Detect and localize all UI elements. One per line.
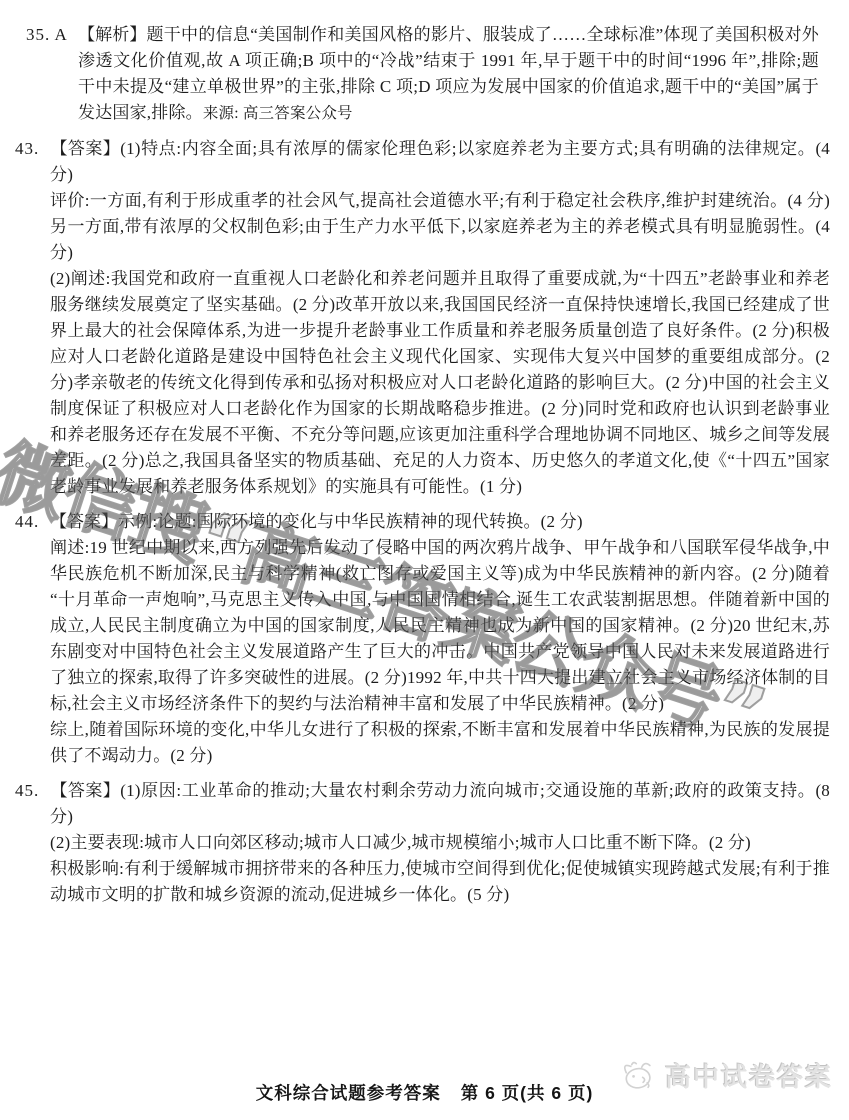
- answer-text: (1)原因:工业革命的推动;大量农村剩余劳动力流向城市;交通设施的革新;政府的政…: [50, 781, 830, 826]
- answer-text: (1)特点:内容全面;具有浓厚的儒家伦理色彩;以家庭养老为主要方式;具有明确的法…: [50, 139, 830, 184]
- question-number: 43.: [15, 136, 50, 162]
- document-page: 35. A【解析】题干中的信息“美国制作和美国风格的影片、服装成了……全球标准”…: [0, 0, 849, 1120]
- footer-document-title: 文科综合试题参考答案: [256, 1080, 441, 1105]
- answer-paragraph: 阐述:19 世纪中期以来,西方列强先后发动了侵略中国的两次鸦片战争、甲午战争和八…: [50, 535, 830, 717]
- answer-paragraph: 44.【答案】示例:论题:国际环境的变化与中华民族精神的现代转换。(2 分): [50, 509, 830, 535]
- answer-paragraph: 45.【答案】(1)原因:工业革命的推动;大量农村剩余劳动力流向城市;交通设施的…: [50, 778, 830, 830]
- analysis-text: 题干中的信息“美国制作和美国风格的影片、服装成了……全球标准”体现了美国积极对外…: [78, 25, 819, 122]
- question-number: 45.: [15, 778, 50, 804]
- answer-item-45: 45.【答案】(1)原因:工业革命的推动;大量农村剩余劳动力流向城市;交通设施的…: [15, 778, 830, 908]
- answer-paragraph: 35. A【解析】题干中的信息“美国制作和美国风格的影片、服装成了……全球标准”…: [78, 22, 819, 127]
- answer-key-content: 35. A【解析】题干中的信息“美国制作和美国风格的影片、服装成了……全球标准”…: [15, 22, 830, 917]
- answer-paragraph: 综上,随着国际环境的变化,中华儿女进行了积极的探索,不断丰富和发展着中华民族精神…: [50, 717, 830, 769]
- answer-paragraph: 积极影响:有利于缓解城市拥挤带来的各种压力,使城市空间得到优化;促使城镇实现跨越…: [50, 856, 830, 908]
- source-note: 来源: 高三答案公众号: [203, 105, 353, 122]
- answer-text: 示例:论题:国际环境的变化与中华民族精神的现代转换。(2 分): [118, 512, 583, 531]
- answer-paragraph: (2)阐述:我国党和政府一直重视人口老龄化和养老问题并且取得了重要成就,为“十四…: [50, 266, 830, 500]
- answer-paragraph: 评价:一方面,有利于形成重孝的社会风气,提高社会道德水平;有利于稳定社会秩序,维…: [50, 188, 830, 266]
- question-number: 44.: [15, 509, 50, 535]
- answer-item-44: 44.【答案】示例:论题:国际环境的变化与中华民族精神的现代转换。(2 分) 阐…: [15, 509, 830, 769]
- answer-paragraph: 43.【答案】(1)特点:内容全面;具有浓厚的儒家伦理色彩;以家庭养老为主要方式…: [50, 136, 830, 188]
- answer-paragraph: (2)主要表现:城市人口向郊区移动;城市人口减少,城市规模缩小;城市人口比重不断…: [50, 830, 830, 856]
- footer-page-number: 第 6 页(共 6 页): [461, 1080, 594, 1105]
- answer-item-35: 35. A【解析】题干中的信息“美国制作和美国风格的影片、服装成了……全球标准”…: [26, 22, 819, 127]
- question-number: 35. A: [26, 22, 78, 48]
- publisher-watermark: 高中试卷答案: [619, 1057, 833, 1094]
- answer-item-43: 43.【答案】(1)特点:内容全面;具有浓厚的儒家伦理色彩;以家庭养老为主要方式…: [15, 136, 830, 500]
- publisher-watermark-label: 高中试卷答案: [665, 1057, 833, 1094]
- answer-tag: 【答案】: [50, 781, 120, 800]
- answer-tag: 【答案】: [50, 139, 120, 158]
- answer-tag: 【答案】: [50, 512, 118, 531]
- analysis-tag: 【解析】: [78, 25, 146, 44]
- mascot-cat-icon: [619, 1059, 659, 1092]
